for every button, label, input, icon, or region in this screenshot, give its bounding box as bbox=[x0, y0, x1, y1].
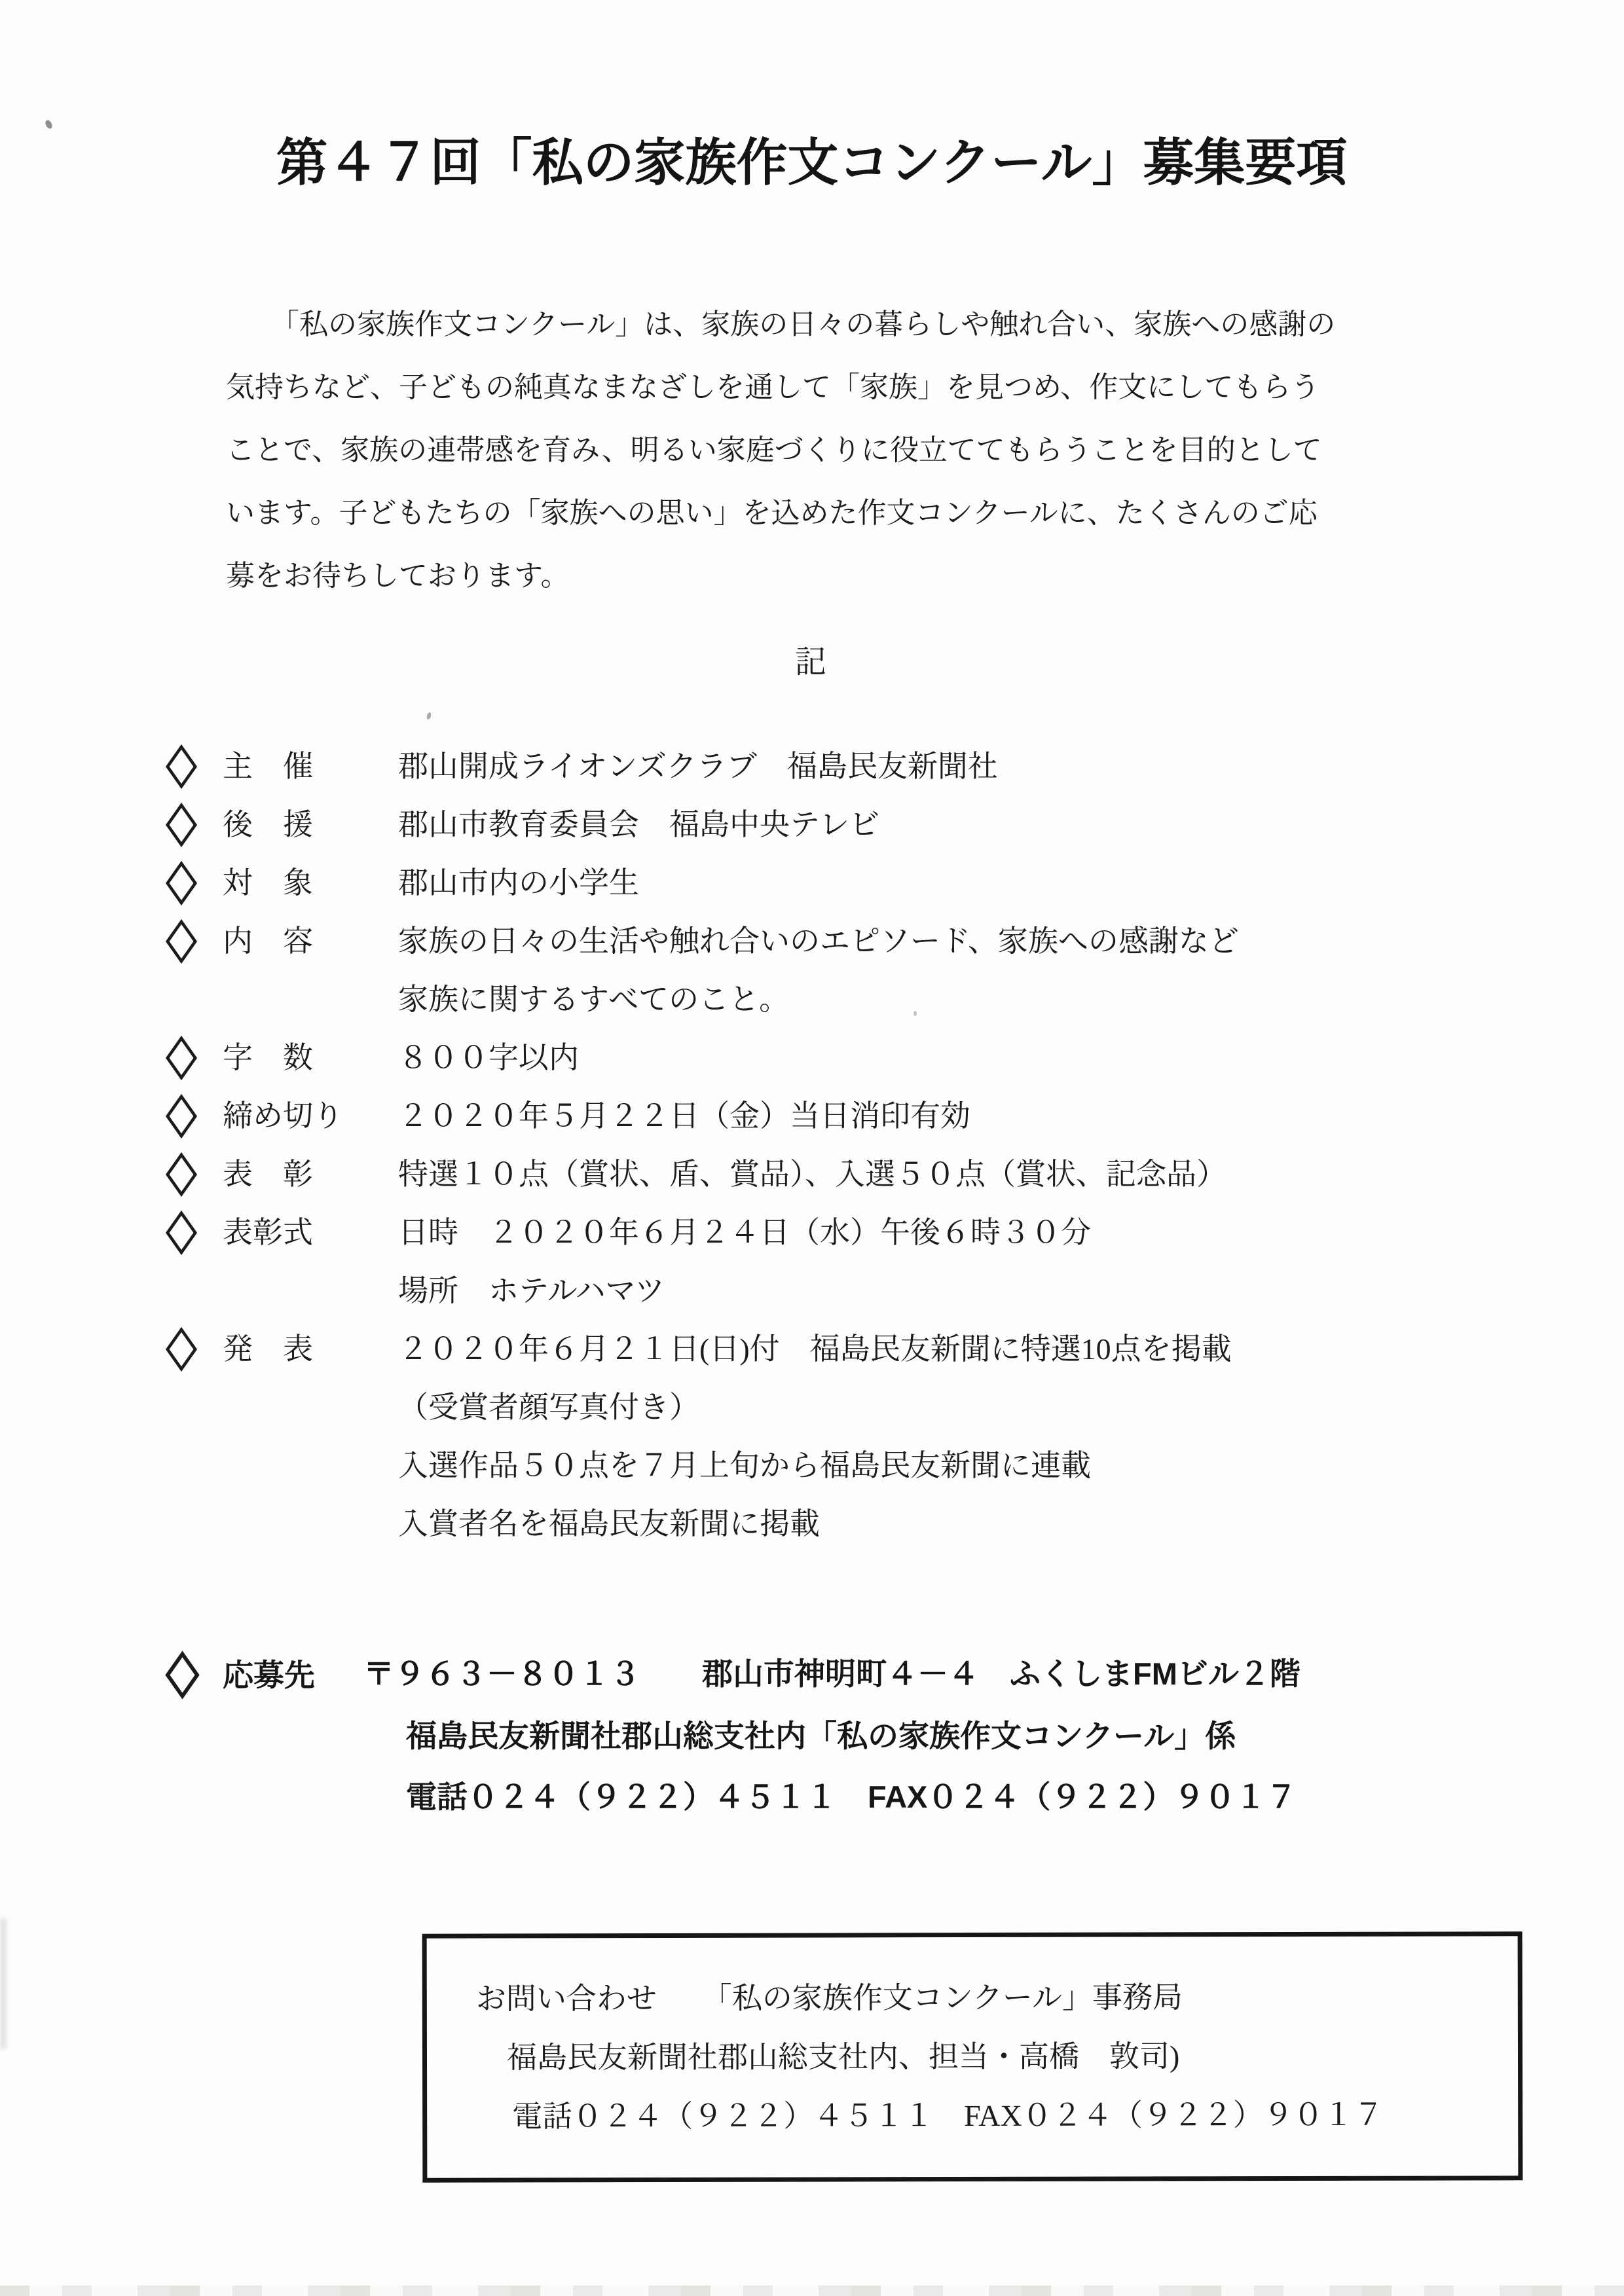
detail-row-award-ceremony: 表彰式 日時 ２０２０年６月２４日（水）午後６時３０分 場所 ホテルハマツ bbox=[165, 1203, 1527, 1320]
detail-value-content: 家族に関するすべてのこと。 bbox=[398, 970, 1527, 1029]
document-page: 第４７回「私の家族作文コンクール」募集要項 「私の家族作文コンクール」は、家族の… bbox=[0, 0, 1624, 2296]
detail-value-announcement: ２０２０年６月２１日(日)付 福島民友新聞に特選10点を掲載 bbox=[398, 1320, 1527, 1378]
detail-row-eligibility: 対 象 郡山市内の小学生 bbox=[165, 854, 1527, 912]
scan-edge-smudge bbox=[0, 1918, 7, 2049]
detail-value-character-count: ８００字以内 bbox=[398, 1041, 579, 1074]
diamond-bullet-icon bbox=[166, 1152, 197, 1196]
detail-value-announcement: 入選作品５０点を７月上旬から福島民友新聞に連載 bbox=[398, 1436, 1527, 1495]
details-list: 主 催 郡山開成ライオンズクラブ 福島民友新聞社 後 援 郡山市教育委員会 福島… bbox=[165, 737, 1527, 1553]
contact-office-title: お問い合わせ 「私の家族作文コンクール」事務局 bbox=[476, 1967, 1518, 2028]
document-title: 第４７回「私の家族作文コンクール」募集要項 bbox=[0, 122, 1624, 195]
detail-row-awards: 表 彰 特選１０点（賞状、盾、賞品）、入選５０点（賞状、記念品） bbox=[165, 1145, 1527, 1203]
detail-label-organizer: 主 催 bbox=[223, 737, 398, 795]
intro-line: ことで、家族の連帯感を育み、明るい家庭づくりに役立ててもらうことを目的として bbox=[226, 419, 1378, 482]
application-label: 応募先 bbox=[223, 1645, 363, 1705]
detail-value-organizer: 郡山開成ライオンズクラブ 福島民友新聞社 bbox=[398, 750, 998, 783]
diamond-bullet-icon bbox=[166, 1093, 197, 1138]
detail-value-announcement: （受賞者顔写真付き） bbox=[398, 1378, 1527, 1436]
detail-label-supporters: 後 援 bbox=[223, 795, 398, 854]
diamond-bullet-icon bbox=[166, 744, 197, 788]
detail-label-character-count: 字 数 bbox=[223, 1029, 398, 1087]
scan-speck bbox=[913, 1011, 917, 1016]
section-marker: 記 bbox=[0, 636, 1624, 682]
detail-value-ceremony-venue: 場所 ホテルハマツ bbox=[398, 1262, 1527, 1320]
application-postal-address: 〒９６３－８０１３ 郡山市神明町４－４ ふくしまFMビル２階 bbox=[363, 1645, 1540, 1703]
detail-value-ceremony-datetime: 日時 ２０２０年６月２４日（水）午後６時３０分 bbox=[398, 1203, 1527, 1262]
diamond-bullet-icon bbox=[166, 919, 197, 963]
intro-line: 「私の家族作文コンクール」は、家族の日々の暮らしや触れ合い、家族への感謝の bbox=[226, 293, 1378, 356]
detail-row-announcement: 発 表 ２０２０年６月２１日(日)付 福島民友新聞に特選10点を掲載 （受賞者顔… bbox=[165, 1320, 1527, 1553]
detail-label-deadline: 締め切り bbox=[223, 1087, 398, 1145]
detail-label-announcement: 発 表 bbox=[223, 1320, 398, 1378]
detail-label-award-ceremony: 表彰式 bbox=[223, 1203, 398, 1262]
contact-office-address: 福島民友新聞社郡山総支社内、担当・高橋 敦司) bbox=[507, 2026, 1518, 2087]
intro-line: 気持ちなど、子どもの純真なまなざしを通して「家族」を見つめ、作文にしてもらう bbox=[226, 356, 1378, 419]
detail-row-content: 内 容 家族の日々の生活や触れ合いのエピソード、家族への感謝など 家族に関するす… bbox=[165, 912, 1527, 1029]
detail-value-content: 家族の日々の生活や触れ合いのエピソード、家族への感謝など bbox=[398, 912, 1527, 970]
detail-value-awards: 特選１０点（賞状、盾、賞品）、入選５０点（賞状、記念品） bbox=[398, 1157, 1227, 1191]
detail-value-announcement: 入賞者名を福島民友新聞に掲載 bbox=[398, 1495, 1527, 1553]
detail-row-deadline: 締め切り ２０２０年５月２２日（金）当日消印有効 bbox=[165, 1087, 1527, 1145]
application-recipient: 福島民友新聞社郡山総支社内「私の家族作文コンクール」係 bbox=[406, 1705, 1540, 1766]
detail-label-awards: 表 彰 bbox=[223, 1145, 398, 1203]
application-phone-fax: 電話０２４（９２２）４５１１ FAX０２４（９２２）９０１７ bbox=[406, 1766, 1540, 1827]
detail-row-character-count: 字 数 ８００字以内 bbox=[165, 1029, 1527, 1087]
detail-value-supporters: 郡山市教育委員会 福島中央テレビ bbox=[398, 808, 879, 841]
diamond-bullet-icon bbox=[166, 1035, 197, 1080]
scan-noise-band bbox=[0, 2286, 1624, 2296]
intro-paragraph: 「私の家族作文コンクール」は、家族の日々の暮らしや触れ合い、家族への感謝の 気持… bbox=[226, 293, 1378, 608]
contact-box: お問い合わせ 「私の家族作文コンクール」事務局 福島民友新聞社郡山総支社内、担当… bbox=[422, 1931, 1523, 2183]
detail-value-deadline: ２０２０年５月２２日（金）当日消印有効 bbox=[398, 1099, 970, 1133]
diamond-bullet-icon bbox=[166, 1210, 197, 1254]
scan-speck bbox=[426, 712, 432, 720]
diamond-bullet-icon bbox=[165, 1650, 199, 1699]
contact-phone-fax: 電話０２４（９２２）４５１１ FAX０２４（９２２）９０１７ bbox=[512, 2085, 1518, 2146]
application-row: 応募先 〒９６３－８０１３ 郡山市神明町４－４ ふくしまFMビル２階 bbox=[165, 1645, 1540, 1705]
intro-line: 募をお待ちしております。 bbox=[226, 545, 1378, 608]
detail-row-organizer: 主 催 郡山開成ライオンズクラブ 福島民友新聞社 bbox=[165, 737, 1527, 795]
detail-label-eligibility: 対 象 bbox=[223, 854, 398, 912]
detail-label-content: 内 容 bbox=[223, 912, 398, 970]
intro-line: います。子どもたちの「家族への思い」を込めた作文コンクールに、たくさんのご応 bbox=[226, 482, 1378, 545]
application-address-section: 応募先 〒９６３－８０１３ 郡山市神明町４－４ ふくしまFMビル２階 福島民友新… bbox=[165, 1645, 1540, 1827]
detail-value-eligibility: 郡山市内の小学生 bbox=[398, 866, 639, 900]
diamond-bullet-icon bbox=[166, 860, 197, 905]
diamond-bullet-icon bbox=[166, 802, 197, 847]
diamond-bullet-icon bbox=[166, 1326, 197, 1371]
detail-row-supporters: 後 援 郡山市教育委員会 福島中央テレビ bbox=[165, 795, 1527, 854]
